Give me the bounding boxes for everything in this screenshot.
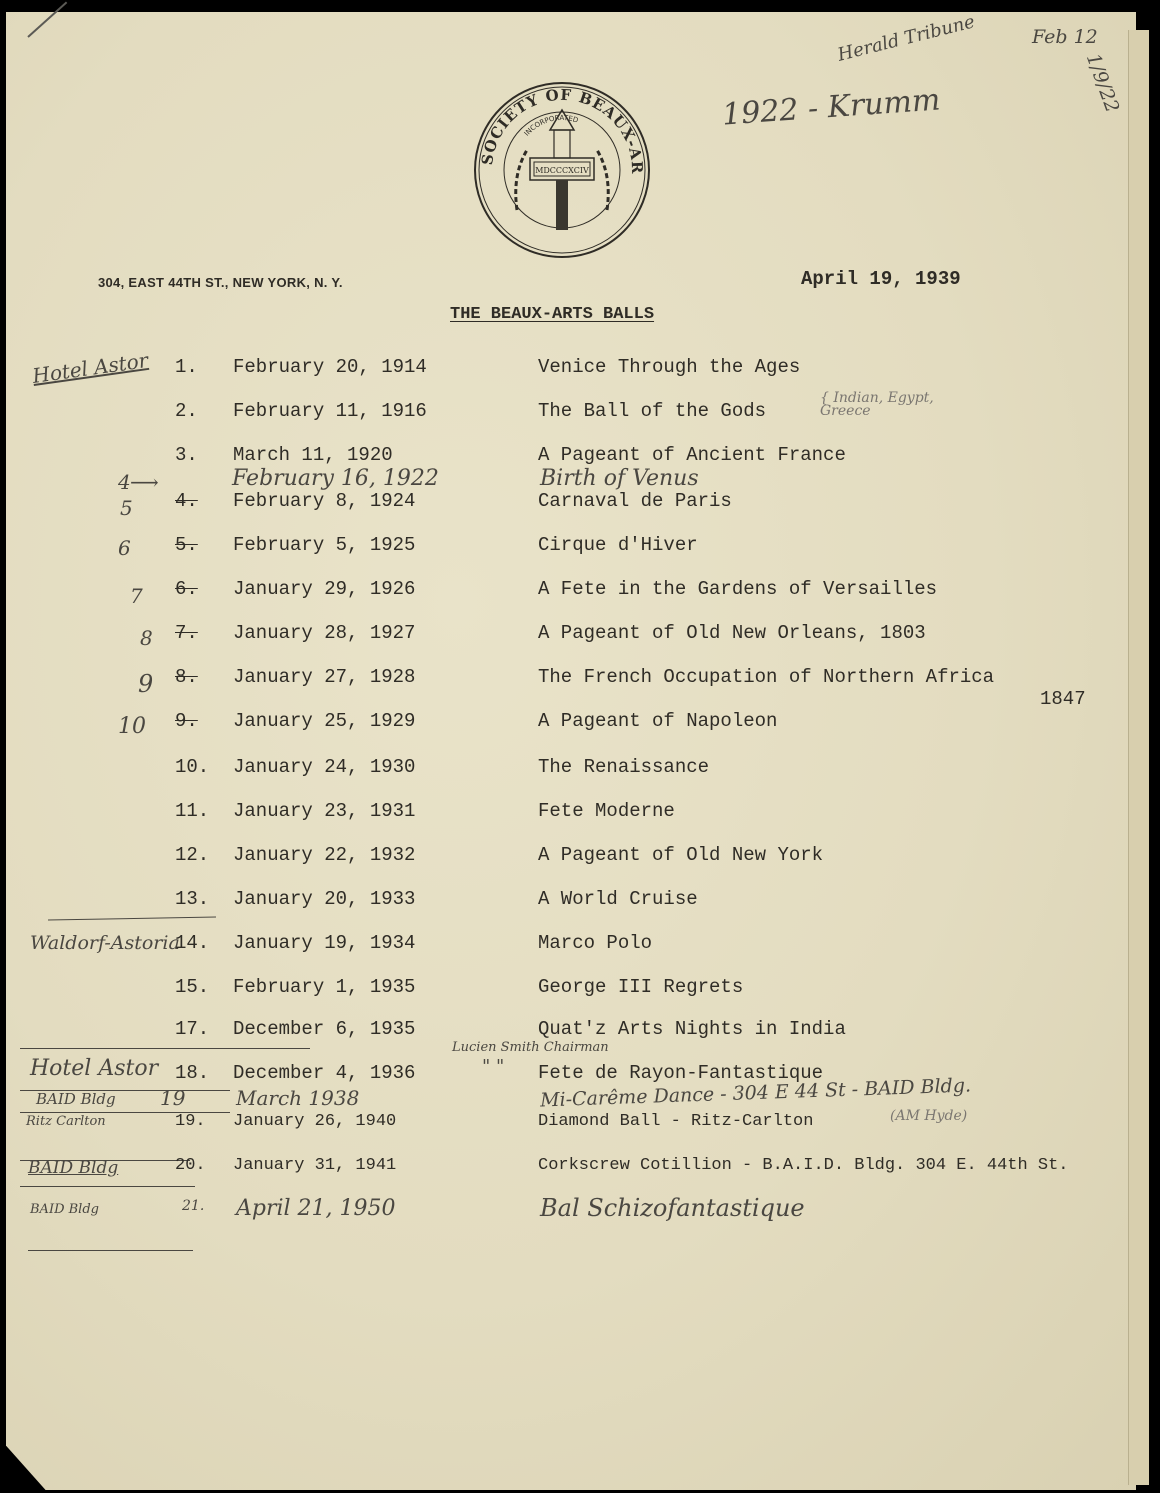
- ball-number: 1.: [175, 356, 198, 378]
- corrected-number: 9: [138, 670, 153, 698]
- corrected-number: 6: [118, 536, 131, 560]
- ball-theme: Venice Through the Ages: [538, 356, 800, 378]
- ball-theme: George III Regrets: [538, 976, 743, 998]
- venue-note: BAID Bldg: [30, 1200, 120, 1220]
- ball-row: 8 7. January 28, 1927 A Pageant of Old N…: [0, 622, 1160, 652]
- ball-theme: Birth of Venus: [540, 466, 699, 491]
- ball-row: BAID Bldg 20. January 31, 1941 Corkscrew…: [0, 1156, 1160, 1186]
- ball-number: 14.: [175, 932, 209, 954]
- ball-row: 2. February 11, 1916 The Ball of the God…: [0, 400, 1160, 430]
- venue-note: BAID Bldg: [28, 1158, 118, 1178]
- ditto-mark: " ": [482, 1056, 504, 1077]
- ball-number: 9.: [175, 710, 198, 732]
- document-title: THE BEAUX-ARTS BALLS: [450, 305, 654, 324]
- ball-date: January 19, 1934: [233, 932, 415, 954]
- society-seal-icon: SOCIETY OF BEAUX-ARTS ARCHITECTS INCORPO…: [472, 80, 652, 260]
- ball-number: 13.: [175, 888, 209, 910]
- ball-row: 17. December 6, 1935 Quat'z Arts Nights …: [0, 1018, 1160, 1048]
- ball-number: 19: [160, 1086, 185, 1110]
- ball-theme: Carnaval de Paris: [538, 490, 732, 512]
- ball-date: December 4, 1936: [233, 1062, 415, 1084]
- ball-theme: Marco Polo: [538, 932, 652, 954]
- ball-row: Waldorf-Astoria 14. January 19, 1934 Mar…: [0, 932, 1160, 962]
- ball-date: March 11, 1920: [233, 444, 393, 466]
- ball-theme: Cirque d'Hiver: [538, 534, 698, 556]
- ball-theme: Bal Schizofantastique: [540, 1194, 805, 1222]
- side-note: Lucien Smith Chairman: [452, 1040, 609, 1055]
- ball-theme: Fete Moderne: [538, 800, 675, 822]
- ball-row: 10. January 24, 1930 The Renaissance: [0, 756, 1160, 786]
- letterhead-address: 304, EAST 44TH ST., NEW YORK, N. Y.: [98, 275, 343, 290]
- ball-row: 6 5. February 5, 1925 Cirque d'Hiver: [0, 534, 1160, 564]
- handwritten-rule: [20, 1186, 195, 1187]
- ball-date: February 16, 1922: [232, 466, 439, 491]
- ball-theme: Corkscrew Cotillion - B.A.I.D. Bldg. 304…: [538, 1156, 1069, 1175]
- ball-number: 2.: [175, 400, 198, 422]
- ball-number: 7.: [175, 622, 198, 644]
- ball-date: January 27, 1928: [233, 666, 415, 688]
- ball-row: 7 6. January 29, 1926 A Fete in the Gard…: [0, 578, 1160, 608]
- ball-number: 20.: [175, 1156, 206, 1175]
- ball-date: January 20, 1933: [233, 888, 415, 910]
- ball-date: January 28, 1927: [233, 622, 415, 644]
- ball-theme: A Pageant of Old New Orleans, 1803: [538, 622, 926, 644]
- svg-text:MDCCCXCIV: MDCCCXCIV: [535, 166, 589, 175]
- ball-date: January 26, 1940: [233, 1112, 396, 1131]
- corrected-number: 10: [118, 714, 146, 739]
- ball-date: February 11, 1916: [233, 400, 427, 422]
- side-note: (AM Hyde): [890, 1108, 967, 1124]
- ball-date: January 31, 1941: [233, 1156, 396, 1175]
- venue-note: BAID Bldg: [36, 1090, 116, 1108]
- ball-number: 17.: [175, 1018, 209, 1040]
- ball-theme: Diamond Ball - Ritz-Carlton: [538, 1112, 813, 1131]
- ball-theme: A Pageant of Napoleon: [538, 710, 777, 732]
- ball-theme: The French Occupation of Northern Africa: [538, 666, 994, 688]
- ball-number: 3.: [175, 444, 198, 466]
- ball-row: 15. February 1, 1935 George III Regrets: [0, 976, 1160, 1006]
- ball-date: December 6, 1935: [233, 1018, 415, 1040]
- ball-theme: Quat'z Arts Nights in India: [538, 1018, 846, 1040]
- venue-note: Hotel Astor: [30, 1056, 158, 1081]
- ball-number: 5.: [175, 534, 198, 556]
- corrected-number: 5: [120, 496, 133, 520]
- ball-number: 4.: [175, 490, 198, 512]
- ball-date: February 1, 1935: [233, 976, 415, 998]
- ball-row: 13. January 20, 1933 A World Cruise: [0, 888, 1160, 918]
- ball-date: January 22, 1932: [233, 844, 415, 866]
- ball-date: January 29, 1926: [233, 578, 415, 600]
- ball-row: 12. January 22, 1932 A Pageant of Old Ne…: [0, 844, 1160, 874]
- ball-date: January 24, 1930: [233, 756, 415, 778]
- handwritten-date-note: Feb 12: [1032, 26, 1098, 48]
- side-note: { Indian, Egypt, Greece: [820, 392, 940, 418]
- handwritten-rule: [28, 1250, 193, 1251]
- ball-date: January 25, 1929: [233, 710, 415, 732]
- handwritten-rule: [20, 1048, 310, 1049]
- ball-date: February 5, 1925: [233, 534, 415, 556]
- ball-row: 9 8. January 27, 1928 The French Occupat…: [0, 666, 1160, 696]
- ball-theme-continuation: 1847: [1040, 688, 1086, 710]
- ball-row: Ritz Carlton 19. January 26, 1940 Diamon…: [0, 1112, 1160, 1142]
- ball-row: 5 4. February 8, 1924 Carnaval de Paris: [0, 490, 1160, 520]
- ball-theme: A World Cruise: [538, 888, 698, 910]
- ball-row: Hotel Astor 1. February 20, 1914 Venice …: [0, 356, 1160, 386]
- ball-number: 8.: [175, 666, 198, 688]
- venue-note: Ritz Carlton: [26, 1114, 106, 1129]
- ball-theme: The Ball of the Gods: [538, 400, 766, 422]
- svg-text:SOCIETY OF BEAUX-ARTS ARCHITEC: SOCIETY OF BEAUX-ARTS ARCHITECTS: [472, 80, 646, 175]
- ball-theme: The Renaissance: [538, 756, 709, 778]
- ball-number: 19.: [175, 1112, 206, 1131]
- ball-number: 21.: [182, 1198, 204, 1214]
- ball-number: 18.: [175, 1062, 209, 1084]
- ball-row: 10 9. January 25, 1929 A Pageant of Napo…: [0, 710, 1160, 740]
- ball-theme: A Fete in the Gardens of Versailles: [538, 578, 937, 600]
- ball-row: 11. January 23, 1931 Fete Moderne: [0, 800, 1160, 830]
- ball-number: 6.: [175, 578, 198, 600]
- letter-date: April 19, 1939: [801, 268, 961, 290]
- ball-row-handwritten: BAID Bldg 21. April 21, 1950 Bal Schizof…: [0, 1200, 1160, 1230]
- corrected-number: 8: [140, 626, 153, 650]
- ball-theme: A Pageant of Ancient France: [538, 444, 846, 466]
- ball-date: April 21, 1950: [236, 1196, 396, 1221]
- ball-number: 10.: [175, 756, 209, 778]
- ball-number: 11.: [175, 800, 209, 822]
- ball-date: February 20, 1914: [233, 356, 427, 378]
- ball-date: February 8, 1924: [233, 490, 415, 512]
- ball-date: January 23, 1931: [233, 800, 415, 822]
- ball-date: March 1938: [236, 1086, 359, 1110]
- venue-note: Waldorf-Astoria: [30, 932, 180, 954]
- ball-number: 15.: [175, 976, 209, 998]
- corrected-number: 7: [130, 584, 143, 608]
- ball-number: 12.: [175, 844, 209, 866]
- ball-theme: A Pageant of Old New York: [538, 844, 823, 866]
